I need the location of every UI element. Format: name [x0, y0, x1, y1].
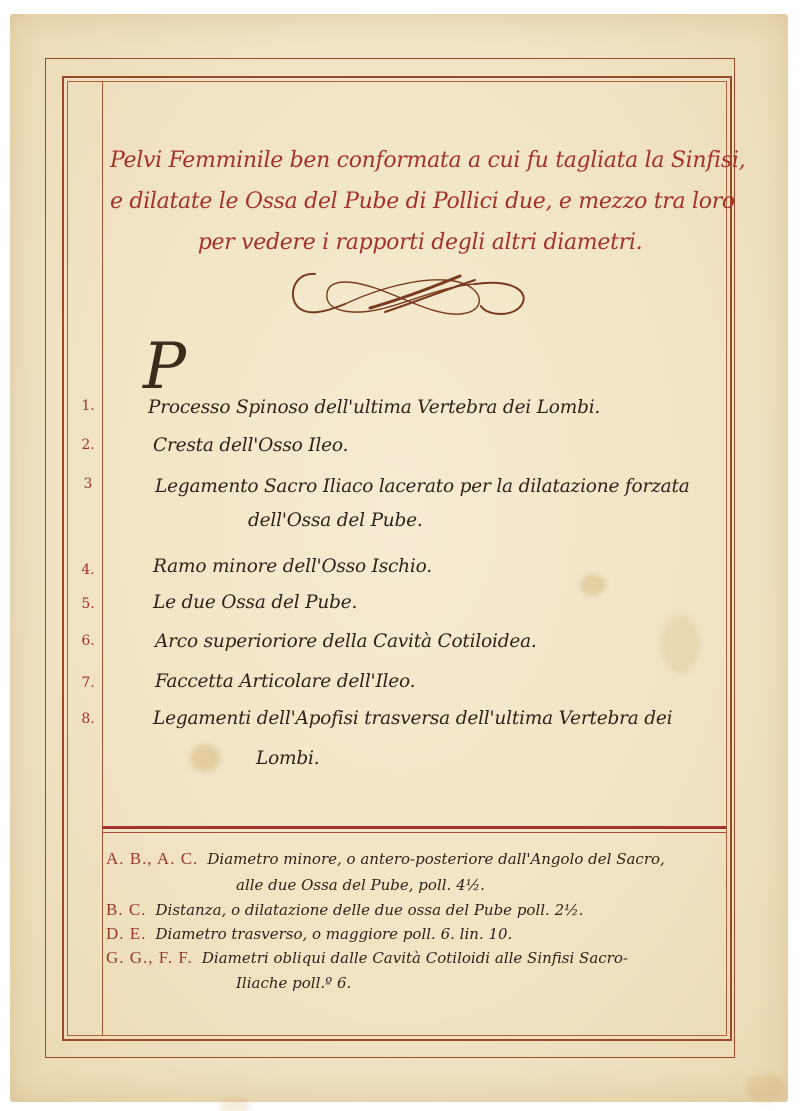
calligraphic-flourish-icon [285, 268, 535, 324]
item-text: Processo Spinoso dell'ultima Vertebra de… [148, 397, 600, 418]
item-number: 7. [76, 675, 100, 691]
legend-text: Diametro trasverso, o maggiore poll. 6. … [156, 925, 513, 943]
item-text: Faccetta Articolare dell'Ileo. [155, 671, 415, 692]
title-line: e dilatate le Ossa del Pube di Pollici d… [110, 181, 730, 222]
foxing-stain [745, 1074, 785, 1102]
item-text: Le due Ossa del Pube. [153, 592, 357, 613]
legend-row: A. B., A. C. Diametro minore, o antero-p… [106, 849, 665, 869]
item-number: 3 [76, 476, 100, 492]
item-number: 1. [76, 398, 100, 414]
title-line: per vedere i rapporti degli altri diamet… [110, 222, 730, 263]
foxing-stain [220, 1099, 250, 1111]
item-number: 5. [76, 596, 100, 612]
section-divider-rule [102, 826, 726, 829]
legend-key: B. C. [106, 900, 146, 919]
item-text: Legamenti dell'Apofisi trasversa dell'ul… [153, 708, 672, 729]
drop-cap: P [143, 335, 186, 399]
legend-row: B. C. Distanza, o dilatazione delle due … [106, 900, 583, 920]
title-line: Pelvi Femminile ben conformata a cui fu … [110, 140, 730, 181]
legend-text: Diametri obliqui dalle Cavità Cotiloidi … [202, 949, 628, 967]
legend-text-continuation: Iliache poll.º 6. [236, 974, 351, 992]
item-number: 4. [76, 562, 100, 578]
item-text: Arco superioriore della Cavità Cotiloide… [155, 631, 537, 652]
item-number: 2. [76, 437, 100, 453]
page-title: Pelvi Femminile ben conformata a cui fu … [110, 140, 730, 263]
item-number: 8. [76, 711, 100, 727]
legend-key: A. B., A. C. [106, 849, 198, 868]
legend-row: D. E. Diametro trasverso, o maggiore pol… [106, 924, 512, 944]
item-text: Legamento Sacro Iliaco lacerato per la d… [155, 476, 690, 497]
item-number: 6. [76, 633, 100, 649]
legend-key: G. G., F. F. [106, 948, 193, 967]
legend-row: G. G., F. F. Diametri obliqui dalle Cavi… [106, 948, 628, 968]
item-text-continuation: dell'Ossa del Pube. [248, 510, 423, 531]
legend-key: D. E. [106, 924, 146, 943]
item-text: Cresta dell'Osso Ileo. [153, 435, 348, 456]
section-divider-fine-rule [102, 832, 726, 833]
item-text: Ramo minore dell'Osso Ischio. [153, 556, 432, 577]
item-text-continuation: Lombi. [256, 748, 319, 769]
legend-text: Distanza, o dilatazione delle due ossa d… [156, 901, 584, 919]
legend-text: Diametro minore, o antero-posteriore dal… [207, 850, 664, 868]
margin-rule [102, 82, 103, 1035]
legend-text-continuation: alle due Ossa del Pube, poll. 4½. [236, 876, 485, 894]
